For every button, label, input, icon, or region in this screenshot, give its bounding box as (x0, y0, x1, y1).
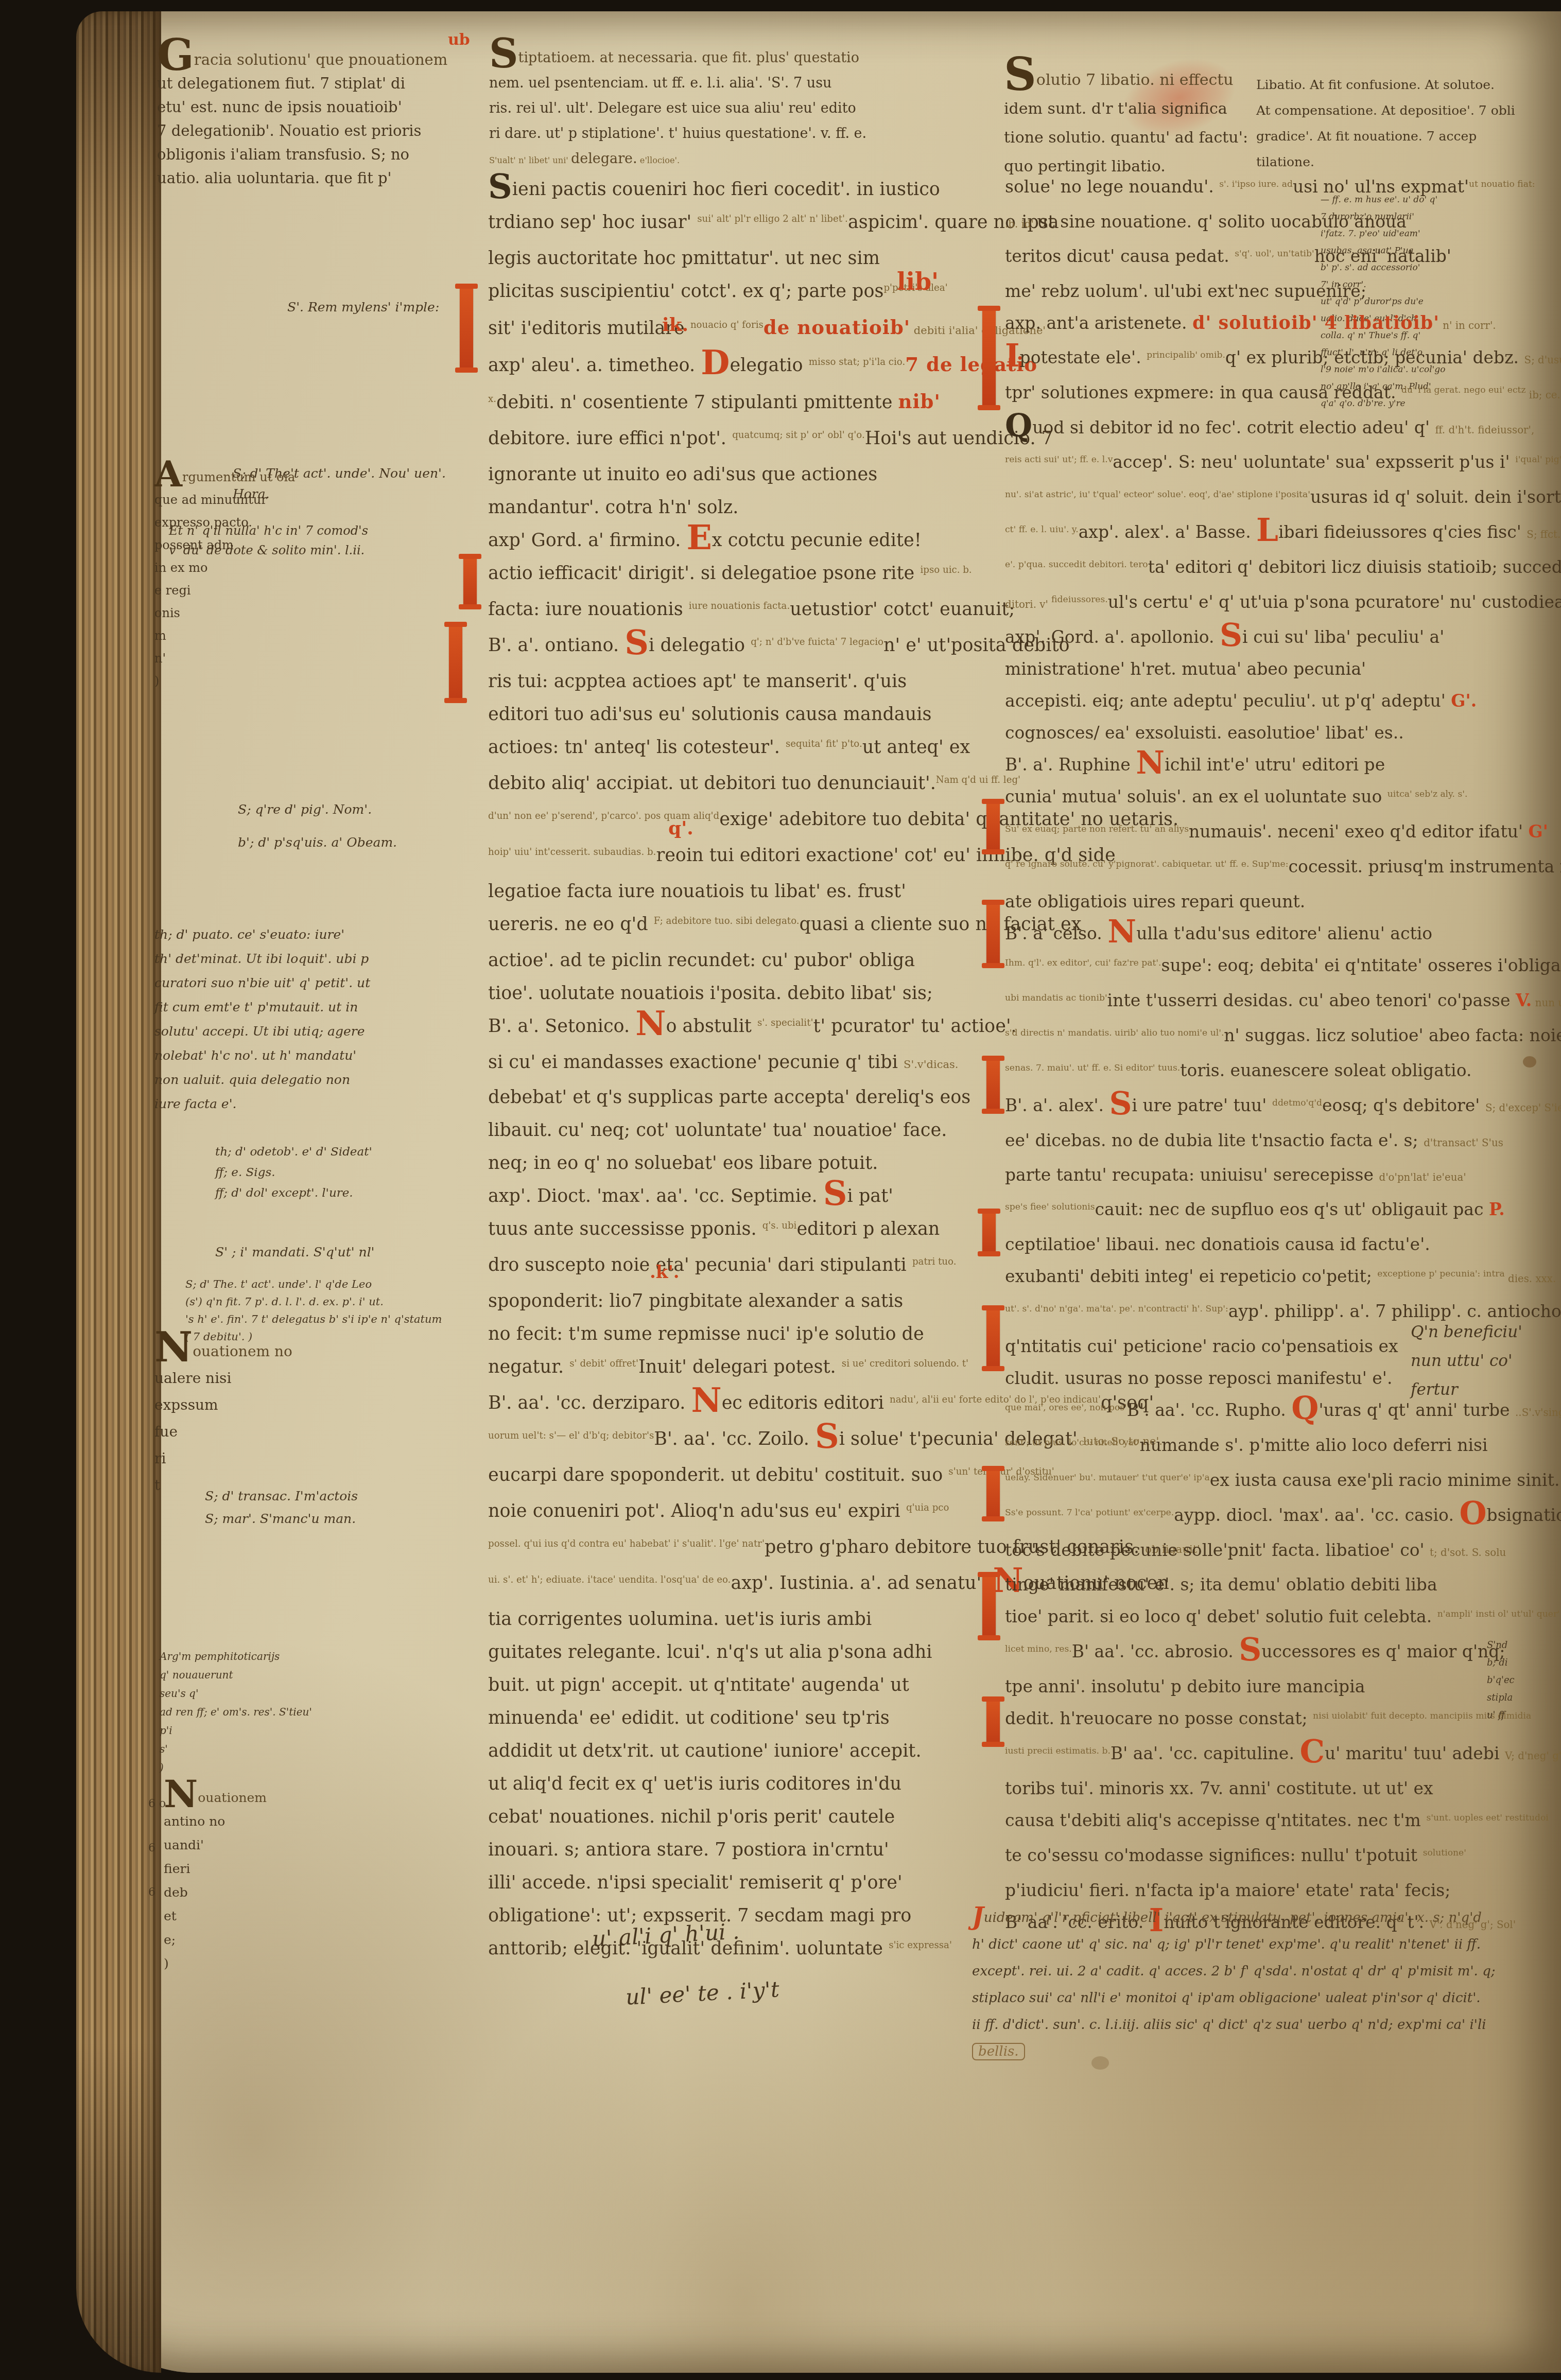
text-segment: ex iusta causa exe'pli racio minime sini… (1210, 1470, 1560, 1490)
text-line: axp' aleu'. a. timetheo. Delegatio misso… (488, 348, 972, 385)
text-line: uorum uel't: s'— el' d'b'q; debitor'sB'.… (488, 1423, 972, 1459)
text-line: (s') q'n fit. 7 p'. d. l. l'. d. ex. p'.… (185, 1293, 442, 1310)
text-segment: ut delegationem fiut. 7 stiplat' di (157, 75, 405, 92)
text-segment: N (635, 1004, 666, 1043)
text-segment: exubanti' debiti integ' ei repeticio co'… (1005, 1266, 1377, 1286)
text-segment: actioe'. ad te piclin recundet: cu' pubo… (488, 950, 915, 971)
text-segment: actioes: tn' anteq' lis cotesteur'. (488, 737, 786, 758)
main-text-right-column: solue' no lege nouandu'. s'. i'ipso iure… (1005, 171, 1407, 1941)
text-segment: dedit. h'reuocare no posse constat; (1005, 1708, 1313, 1728)
text-line: ) (154, 670, 329, 692)
text-segment: B'. aa'. 'cc. Zoilo. (654, 1429, 815, 1449)
text-segment: uatio. alia uoluntaria. que fit p' (157, 169, 392, 187)
text-segment: trdiano sep' hoc iusar' (488, 212, 697, 233)
text-segment: V; d'neg' g'; Solue' (1505, 1750, 1561, 1762)
text-segment: possel. q'ui ius q'd contra eu' habebat'… (488, 1528, 765, 1561)
text-segment: cludit. usuras no posse reposci manifest… (1005, 1368, 1392, 1388)
text-line: fue (154, 1419, 324, 1445)
text-segment: guitates relegante. lcui'. n'q's ut alia… (488, 1642, 932, 1662)
text-line: expssum (154, 1392, 324, 1419)
red-gutter-mark: ik. (662, 314, 688, 336)
text-line: q' nouauerunt (160, 1666, 427, 1684)
text-segment: mandantur'. cotra h'n' solz. (488, 497, 738, 518)
text-segment: editori tuo adi'sus eu' solutionis causa… (488, 704, 931, 725)
red-paragraph-bar (449, 624, 462, 701)
text-line: S'nd (1487, 1637, 1515, 1654)
text-line: ris tui: acpptea actioes apt' te manseri… (488, 665, 972, 698)
text-segment: (s') q'n fit. 7 p'. d. l. l'. d. ex. p'.… (185, 1296, 384, 1308)
text-line: ) (164, 1952, 318, 1975)
text-line: 6 o (148, 1782, 166, 1826)
text-segment: nun uttu' co' (1411, 1352, 1513, 1370)
text-line: Arg'm pemphitoticarijs (160, 1647, 427, 1666)
text-segment: q'uia pco (906, 1492, 949, 1525)
text-segment: q's. ubi (762, 1210, 797, 1242)
text-segment: i pat' (847, 1186, 893, 1206)
text-segment: ipso uic. b. (920, 554, 972, 587)
text-segment: buit. ut pign' accepit. ut q'ntitate' au… (488, 1675, 909, 1695)
text-segment: s' (160, 1743, 168, 1755)
text-line: b'; d' p'sq'uis. a' Obeam. (238, 835, 397, 850)
text-segment: hoip' uiu' int'cesserit. subaudias. b. (488, 836, 656, 869)
text-segment: misso stat; p'i'la cio. (809, 346, 905, 379)
text-segment: q' re ignaro solute. cu' y'pignorat'. ca… (1005, 848, 1289, 880)
text-segment: legis auctoritate hoc pmittatur'. ut nec… (488, 248, 880, 269)
text-segment: te co'sessu co'modasse significes: nullu… (1005, 1845, 1423, 1865)
text-line: n' (154, 647, 329, 670)
text-line: deb (164, 1881, 318, 1904)
text-segment: ee' dicebas. no de dubia lite t'nsactio … (1005, 1130, 1424, 1150)
text-line: b; di (1487, 1654, 1515, 1672)
text-line: editori tuo adi'sus eu' solutionis causa… (488, 698, 972, 731)
text-segment: n' in corr'. (1439, 320, 1496, 331)
text-line: fertur (1411, 1375, 1522, 1404)
text-segment: ut nouatio fiat: (1469, 168, 1535, 200)
text-segment: V. (1516, 990, 1532, 1010)
text-segment: uideam' q'l'r pficiat' libell' i'act' ex… (984, 1910, 1482, 1926)
text-segment: spoponderit: lio7 pingbitate alexander a… (488, 1291, 903, 1311)
text-segment: editori p alexan (796, 1219, 940, 1239)
text-segment: q' ex plurib; etctib; pecunia' debz. (1225, 347, 1524, 367)
text-segment: ddetmo'q'd (1272, 1087, 1322, 1119)
red-paragraph-bar (986, 1058, 1000, 1112)
main-text-left-column: Sieni pactis coueniri hoc fieri cocedit'… (488, 173, 972, 1968)
text-segment: fue (154, 1423, 178, 1440)
text-segment: debebat' et q's supplicas parte accepta'… (488, 1087, 970, 1108)
red-paragraph-bar (463, 556, 477, 607)
margin-note: S; q're d' pig'. Nom'. (238, 802, 372, 817)
text-line: Juideam' q'l'r pficiat' libell' i'act' e… (972, 1904, 1559, 1931)
text-line: tioe'. uolutate nouatiois i'posita. debi… (488, 977, 972, 1010)
text-segment: nu'. si'at astric', iu' t'qual' ecteor' … (1005, 479, 1310, 511)
text-line: e regi (154, 579, 329, 602)
text-segment: 6 (148, 1886, 155, 1899)
text-segment: x cotctu pecunie edite! (712, 530, 922, 551)
text-segment: idem sunt. d'r t'alia significa (1004, 100, 1227, 118)
text-line: nolebat' h'c no'. ut h' mandatu' (154, 1043, 494, 1067)
text-line: 7 delegationib'. Nouatio est prioris (157, 119, 497, 143)
text-segment: E (687, 518, 712, 557)
text-segment: nem. uel psentenciam. ut ff. e. l.i. ali… (489, 75, 831, 91)
text-segment: 6 o (148, 1797, 166, 1810)
text-segment: axp'. Gord. a'. apollonio. (1005, 627, 1220, 647)
text-line: stiplaco sui' ca' nll'i e' monitoi q' ip… (972, 1985, 1559, 2011)
text-line: uatio. alia uoluntaria. que fit p' (157, 166, 497, 190)
red-paragraph-bar (986, 1468, 1000, 1519)
text-segment: ff; e. Sigs. (215, 1166, 275, 1179)
text-segment: ct' ff. e. l. uiu'. y. (1005, 514, 1079, 546)
text-segment: s' debit' offret' (569, 1347, 638, 1380)
text-segment: S; d' The't act'. unde'. Nou' uen'. (233, 466, 446, 481)
text-line: toribs tui'. minoris xx. 7v. anni' costi… (1005, 1773, 1407, 1805)
text-line: Sieni pactis coueniri hoc fieri cocedit'… (488, 173, 972, 206)
text-segment: iusti precii estimatis. b. (1005, 1735, 1111, 1767)
text-line: 6 (148, 1870, 166, 1915)
text-line: .b. id' ut sine nouatione. q' solito uoc… (1005, 206, 1407, 240)
margin-nota-novationem: Nouationem noualere nisiexpssumfuerit (154, 1338, 324, 1499)
text-line: axp'. Dioct. 'max'. aa'. 'cc. Septimie. … (488, 1180, 972, 1213)
text-segment: axp'. alex'. a' Basse. (1079, 522, 1256, 542)
text-segment: ) (160, 1761, 164, 1774)
text-segment: S'ualt' n' libet' uni' (489, 155, 571, 165)
text-segment: q'ntitatis cui' peticione' racio co'pens… (1005, 1336, 1398, 1356)
text-line: B'. aa'. 'cc. derziparo. Nec editoris ed… (488, 1387, 972, 1423)
text-line: S' ; i' mandati. S'q'ut' nl' (215, 1245, 375, 1259)
text-segment: .b. id' (1005, 218, 1037, 230)
text-line: ff; e. Sigs. (215, 1162, 372, 1183)
text-line: e'. p'qua. succedit debitori. terota' ed… (1005, 551, 1407, 586)
text-line: causa t'debiti aliq's accepisse q'ntitat… (1005, 1805, 1407, 1840)
text-line: 's h' e'. fin'. 7 t' delegatus b' s'i ip… (185, 1310, 442, 1328)
text-segment: ate obligatiois uires repari queunt. (1005, 891, 1305, 912)
text-segment: inte t'usserri desidas. cu' abeo tenori'… (1107, 990, 1516, 1010)
red-gutter-mark: q'. (668, 817, 693, 839)
text-line: axp. ant'a aristenete. d' solutioib' 4 l… (1005, 307, 1407, 342)
text-line: B'. a'. ontiano. Si delegatio q'; n' d'b… (488, 629, 972, 665)
text-line: facta: iure nouationis iure nouationis f… (488, 593, 972, 629)
text-segment: spe's fiee' solutionis (1005, 1191, 1095, 1223)
text-line: m (154, 624, 329, 647)
text-line: legatioe facta iure nouatiois tu libat' … (488, 875, 972, 908)
text-segment: i cui su' liba' peculiu' a' (1242, 627, 1444, 647)
text-segment: S (488, 167, 512, 206)
text-segment: C (1299, 1734, 1325, 1770)
text-line: s'd directis n' mandatis. uirib' alio tu… (1005, 1020, 1407, 1055)
text-line: actioe'. ad te piclin recundet: cu' pubo… (488, 944, 972, 977)
text-line: antino no (164, 1810, 318, 1833)
text-segment: h' dict' caone ut' q' sic. na' q; ig' p'… (972, 1937, 1481, 1952)
text-segment: q' nouauerunt (160, 1669, 233, 1681)
text-segment: ut aliq'd fecit ex q' uet'is iuris codit… (488, 1774, 901, 1794)
text-segment: S (1109, 1086, 1132, 1122)
text-line: ualere nisi (154, 1365, 324, 1392)
text-segment: ib; ce. l'. b'. S'mandato' (1526, 389, 1561, 401)
margin-gloss-long: th; d' puato. ce' s'euato: iure'th' det'… (154, 922, 494, 1116)
text-segment: th; d' odetob'. e' d' Sideat' (215, 1145, 372, 1159)
text-line: accepisti. eiq; ante adeptu' peculiu'. u… (1005, 685, 1407, 717)
text-segment: supe': eoq; debita' ei q'ntitate' ossere… (1161, 955, 1561, 975)
text-line: e; (164, 1928, 318, 1952)
text-line: uereris. ne eo q'd F; adebitore tuo. sib… (488, 908, 972, 944)
text-line: seu's q' (160, 1684, 427, 1703)
text-line: bellis. (972, 2038, 1559, 2065)
text-segment: F; adebitore tuo. sibi delegato. (654, 905, 800, 938)
text-segment: debito aliq' accipiat. ut debitori tuo d… (488, 773, 936, 794)
text-segment: e; (164, 1932, 176, 1947)
text-segment: iure facta e'. (154, 1096, 236, 1111)
text-segment: s'unt. uoples eet' restitudoi (1426, 1802, 1548, 1834)
red-paragraph-bar (986, 801, 1000, 852)
text-segment: ta' editori q' debitori licz diuisis sta… (1148, 557, 1561, 577)
text-segment: fideiussores. (1051, 584, 1108, 616)
text-line: Nouationem (164, 1786, 318, 1810)
text-segment: n' suggas. licz solutioe' abeo facta: no… (1224, 1025, 1561, 1045)
text-line: debebat' et q's supplicas parte accepta'… (488, 1081, 972, 1114)
text-segment: b'; d' p'sq'uis. a' Obeam. (238, 835, 397, 850)
text-line: ff; d' dol' except'. l'ure. (215, 1183, 372, 1203)
text-segment: ichil int'e' utru' editori pe (1165, 755, 1385, 775)
text-segment: n'ampli' insti ol' ut'ul' quer' (1437, 1598, 1560, 1630)
text-segment: expssum (154, 1396, 218, 1413)
text-segment: B'. a'. ontiano. (488, 635, 625, 656)
text-segment: tuus ante successisse pponis. (488, 1219, 762, 1239)
text-line: tia corrigentes uolumina. uet'is iuris a… (488, 1603, 972, 1636)
text-line: x.debiti. n' cosentiente 7 stipulanti pm… (488, 385, 972, 422)
text-line: Nouationem no (154, 1338, 324, 1365)
text-segment: x. (488, 383, 496, 416)
text-segment: hoc eni' natalib' (1314, 246, 1451, 266)
text-segment: accep'. S: neu' uoluntate' sua' expsseri… (1113, 452, 1515, 472)
text-line: ) (160, 1758, 427, 1777)
text-segment: ec editoris editori (722, 1393, 890, 1413)
text-line: noie conueniri pot'. Alioq'n adu'sus eu'… (488, 1495, 972, 1531)
text-line: licet mino, res.B' aa'. 'cc. abrosio. Su… (1005, 1636, 1407, 1671)
text-segment: tia corrigentes uolumina. uet'is iuris a… (488, 1609, 872, 1630)
text-line: ee' dicebas. no de dubia lite t'nsactio … (1005, 1125, 1407, 1159)
text-segment: plicitas suscipientiu' cotct'. ex q'; pa… (488, 281, 883, 302)
text-segment: L (1256, 512, 1278, 549)
gloss-libatio: Libatio. At fit confusione. At solutoe.A… (1256, 72, 1529, 175)
text-segment: m (154, 628, 166, 643)
text-segment: ditori. v' (1005, 599, 1051, 610)
text-segment: teritos dicut' causa pedat. (1005, 246, 1235, 266)
text-segment: s'q'. uol', un'tatib' (1235, 238, 1314, 270)
text-segment: t (154, 1477, 160, 1494)
text-segment: S; d'excep' S'iex (1485, 1102, 1561, 1114)
text-line: Quod si debitor id no fec'. cotrit elect… (1005, 412, 1407, 446)
text-segment: Inuit' delegari potest. (638, 1357, 842, 1377)
text-line: d'un' non ee' p'serend', p'carco'. pos q… (488, 803, 972, 839)
text-segment: ouationem no (193, 1343, 292, 1360)
text-segment: que mai', ores ee', non pos' (1005, 1392, 1127, 1424)
text-segment: i delegatio (649, 635, 751, 656)
text-segment: illi' accede. n'ipsi specialit' remiseri… (488, 1872, 903, 1893)
text-segment: Q'n beneficiu' (1411, 1323, 1522, 1341)
text-segment: axp. ant'a aristenete. (1005, 313, 1192, 333)
text-line: th' det'minat. Ut ibi loquit'. ubi p (154, 947, 494, 971)
bottom-added-gloss: Juideam' q'l'r pficiat' libell' i'act' e… (972, 1904, 1559, 2065)
text-line: senas. 7. maiu'. ut' ff. e. Si editor' t… (1005, 1055, 1407, 1090)
text-segment: ri (154, 1450, 166, 1467)
text-segment: etu' est. nunc de ipsis nouatioib' (157, 98, 402, 116)
text-segment: nolebat' h'c no'. ut h' mandatu' (154, 1048, 356, 1063)
text-segment: D (701, 343, 730, 382)
text-line: q' re ignaro solute. cu' y'pignorat'. ca… (1005, 851, 1407, 886)
text-line: cebat' nouationes. nichil p'oris perit' … (488, 1800, 972, 1833)
text-segment: ) (154, 674, 159, 688)
text-segment: in ex mo (154, 561, 207, 575)
text-line: sent'; ut plus. lo'co: nitell' yat'numan… (1005, 1429, 1407, 1464)
text-segment: ut sine nouatione. q' solito uocabulo an… (1037, 212, 1407, 232)
text-segment: non ualuit. quia delegatio non (154, 1072, 350, 1087)
text-segment: accepisti. eiq; ante adeptu' peculiu'. u… (1005, 691, 1451, 711)
text-segment: p'i (160, 1724, 172, 1737)
text-segment: eosq; q's debitore' (1322, 1095, 1485, 1115)
text-segment: B'. a'. Ruphine (1005, 755, 1136, 775)
text-line: h' dict' caone ut' q' sic. na' q; ig' p'… (972, 1931, 1559, 1958)
text-segment: noie conueniri pot'. Alioq'n adu'sus eu'… (488, 1501, 906, 1521)
text-segment: 's h' e'. fin'. 7 t' delegatus b' s'i ip… (185, 1313, 442, 1325)
text-segment: neq; in eo q' no soluebat' eos libare po… (488, 1153, 878, 1174)
text-segment: facta: iure nouationis (488, 599, 689, 620)
margin-gloss-emphyteuticariis: Arg'm pemphitoticarijsq' nouaueruntseu's… (160, 1647, 427, 1777)
text-segment: e regi (154, 583, 191, 598)
text-segment: uitca' seb'z aly. s'. (1387, 778, 1468, 810)
text-segment: ff. d'h't. fideiussor', (1435, 424, 1534, 436)
text-segment: debiti. n' cosentiente 7 stipulanti pmit… (496, 392, 898, 413)
text-line: solutu' accepi. Ut ibi utiq; agere (154, 1019, 494, 1043)
text-line: tpe anni'. insolutu' p debito iure manci… (1005, 1671, 1407, 1703)
text-line: except'. rei. ui. 2 a' cadit. q' acces. … (972, 1958, 1559, 1985)
text-segment: S; d'usu'is S'usual' (1524, 354, 1561, 366)
margin-note: S; d' The't act'. unde'. Nou' uen'. Hora… (233, 463, 446, 504)
text-line: spoponderit: lio7 pingbitate alexander a… (488, 1285, 972, 1318)
text-segment: ulla t'adu'sus editore' alienu' actio (1136, 923, 1432, 943)
text-segment: bellis. (972, 2043, 1025, 2060)
text-segment: B'. aa'. 'cc. derziparo. (488, 1393, 691, 1413)
text-line: S; d' The. t' act'. unde'. l' q'de Leo (185, 1275, 442, 1293)
text-line: iure facta e'. (154, 1092, 494, 1116)
text-line: nem. uel psentenciam. ut ff. e. l.i. ali… (489, 71, 968, 96)
text-segment: p'iudiciu' fieri. n'facta ip'a maiore' e… (1005, 1880, 1450, 1900)
text-segment: N (1136, 745, 1165, 781)
text-line: hoip' uiu' int'cesserit. subaudias. b.re… (488, 839, 972, 875)
text-line: exubanti' debiti integ' ei repeticio co'… (1005, 1261, 1407, 1296)
text-line: debitore. iure effici n'pot'. quatcumq; … (488, 422, 972, 458)
text-segment: tiptatioem. at necessaria. que fit. plus… (518, 50, 859, 66)
text-line: possel. q'ui ius q'd contra eu' habebat'… (488, 1531, 972, 1567)
margin-gloss-gracia: Gracia solutionu' que pnouationemut dele… (157, 47, 497, 190)
text-segment: licet mino, res. (1005, 1633, 1072, 1665)
text-segment: th; d' puato. ce' s'euato: iure' (154, 927, 344, 942)
text-line: tpr' solutiones expmere: in qua causa re… (1005, 377, 1407, 412)
text-line: libauit. cu' neq; cot' uoluntate' tua' n… (488, 1114, 972, 1147)
text-line: axp'. Gord. a'. apollonio. Si cui su' li… (1005, 621, 1407, 653)
text-segment: B'. a' celso. (1005, 923, 1107, 943)
text-segment: deb (164, 1885, 188, 1900)
text-line: que mai', ores ee', non pos'B'. aa'. 'cc… (1005, 1394, 1407, 1429)
text-segment: S'.v'dicas. (904, 1058, 958, 1071)
text-line: p'i (160, 1721, 427, 1740)
margin-note-corner: S'ndb; dib'q'ecstiplau' ff (1487, 1637, 1515, 1724)
text-segment: ri dare. ut' p stiplatione'. t' huius qu… (489, 126, 866, 142)
text-segment: obligonis i'aliam transfusio. S; no (157, 146, 409, 163)
red-gutter-mark: ub (448, 31, 470, 49)
text-line: ate obligatiois uires repari queunt. (1005, 886, 1407, 918)
text-segment: axp'. Iustinia. a'. ad senatu'. (731, 1573, 993, 1594)
text-line: ubi mandatis ac tionib'inte t'usserri de… (1005, 985, 1407, 1020)
text-segment: eucarpi dare spoponderit. ut debitu' cos… (488, 1465, 948, 1485)
text-segment: inouari. s; antiora stare. 7 postiora in… (488, 1840, 889, 1860)
text-segment: me' rebz uolum'. ul'ubi ext'nec supuenir… (1005, 281, 1366, 301)
text-segment: tpe anni'. insolutu' p debito iure manci… (1005, 1676, 1365, 1696)
text-segment: t; d'sot. S. solu (1430, 1547, 1506, 1559)
text-segment: s'. i'ipso iure. ad (1219, 168, 1293, 200)
red-paragraph-bar (460, 286, 473, 371)
text-line: iusti precii estimatis. b.B' aa'. 'cc. c… (1005, 1738, 1407, 1773)
text-line: Ss'e possunt. 7 l'ca' potiunt' ex'cerpe.… (1005, 1499, 1407, 1534)
text-segment: S'. Rem mylens' i'mple: (287, 300, 439, 314)
text-segment: tione solutio. quantu' ad factu': (1004, 129, 1248, 147)
red-paragraph-bar (986, 1699, 1000, 1745)
text-segment: S; mar'. S'manc'u man. (205, 1511, 356, 1526)
text-line: Q'n beneficiu' (1411, 1318, 1522, 1346)
text-segment: toris. euanescere soleat obligatio. (1180, 1060, 1471, 1080)
text-line: reis acti sui' ut'; ff. e. l.vaccep'. S:… (1005, 446, 1407, 481)
text-segment: tilatione. (1256, 154, 1314, 169)
text-line: cludit. usuras no posse reposci manifest… (1005, 1362, 1407, 1394)
text-segment: de nouatioib' (764, 316, 910, 339)
red-gutter-mark: lib' (897, 268, 939, 295)
text-line: etu' est. nunc de ipsis nouatioib' (157, 95, 497, 119)
text-line: et (164, 1904, 318, 1928)
text-line: guitates relegante. lcui'. n'q's ut alia… (488, 1636, 972, 1669)
text-segment: delegare. (571, 151, 637, 167)
text-segment: b; di (1487, 1657, 1508, 1668)
text-segment: B' aa'. 'cc. capituline. (1111, 1743, 1299, 1763)
text-segment: G'. (1451, 691, 1477, 711)
text-segment: du' i'ia gerat. nego eui' ectz (1401, 374, 1525, 406)
text-segment: elegatio (730, 355, 808, 376)
text-segment: uetustior' cotct' euanuit; (790, 599, 1015, 620)
red-paragraph-bar (986, 902, 1000, 966)
text-segment: 7 delegationib'. Nouatio est prioris (157, 122, 422, 139)
text-line: ut'. s'. d'no' n'ga'. ma'ta'. pe'. n'con… (1005, 1296, 1407, 1331)
text-segment: actio iefficacit' dirigit'. si delegatio… (488, 563, 920, 584)
red-paragraph-bar (982, 308, 996, 408)
text-line: toc's debite pecunie solle'pnit' facta. … (1005, 1534, 1407, 1569)
text-segment: d'transact' S'us (1424, 1137, 1503, 1149)
text-segment: S; ffct. fideiussorib; (1527, 529, 1561, 540)
text-segment: axp' aleu'. a. timetheo. (488, 355, 701, 376)
text-segment: Su' ex euaq; parte non refert. tu' an al… (1005, 813, 1189, 845)
text-line: S; q're d' pig'. Nom'. (238, 802, 372, 817)
text-segment: nouacio q' foris (690, 309, 764, 342)
text-segment: At compensatione. At depositioe'. 7 obli (1256, 103, 1515, 118)
text-line: Gracia solutionu' que pnouationem (157, 47, 497, 72)
text-line: idem sunt. d'r t'alia significa (1004, 95, 1246, 124)
text-line: parte tantu' recupata: uniuisu' serecepi… (1005, 1159, 1407, 1194)
text-line: trdiano sep' hoc iusar' sui' alt' pl'r e… (488, 206, 972, 242)
manuscript-photo: Gracia solutionu' que pnouationemut dele… (0, 0, 1561, 2380)
text-segment: cauit: nec de supfluo eos q's ut' obliga… (1095, 1199, 1489, 1219)
text-line: cunia' mutua' soluis'. an ex el uoluntat… (1005, 781, 1407, 816)
text-segment: sui' alt' pl'r elligo 2 alt' n' libet'. (697, 203, 848, 236)
text-segment: toc's debite pecunie solle'pnit' facta. … (1005, 1540, 1430, 1560)
text-segment: ubi mandatis ac tionib' (1005, 982, 1107, 1014)
text-segment: numande s'. p'mitte alio loco deferri ni… (1139, 1435, 1487, 1455)
text-segment: t' pcurator' tu' actioe'. (813, 1016, 1016, 1037)
